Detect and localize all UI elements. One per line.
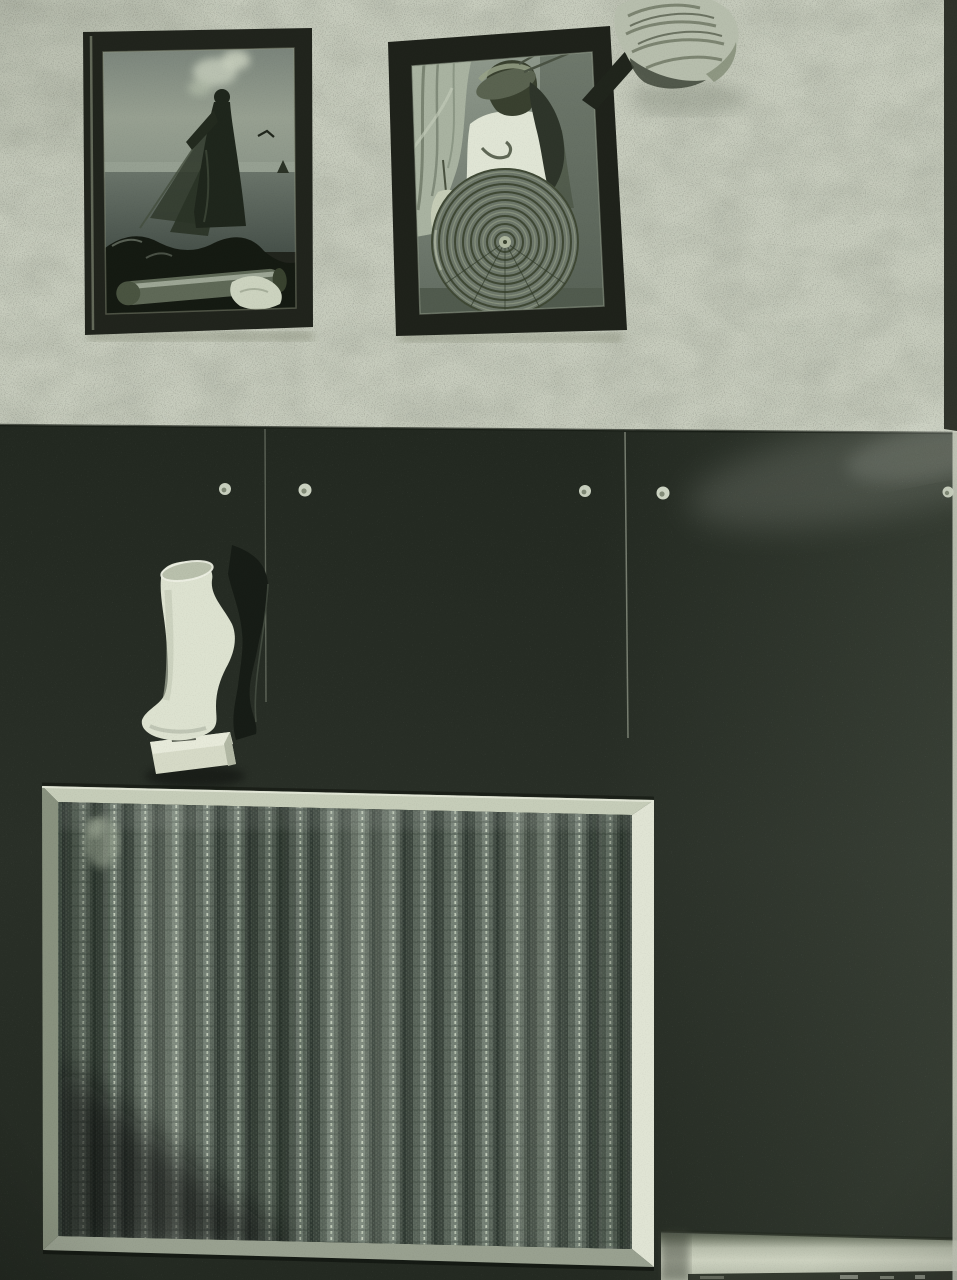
photograph <box>0 0 957 1280</box>
photo-canvas <box>0 0 957 1280</box>
photo-vignette <box>0 0 957 1280</box>
